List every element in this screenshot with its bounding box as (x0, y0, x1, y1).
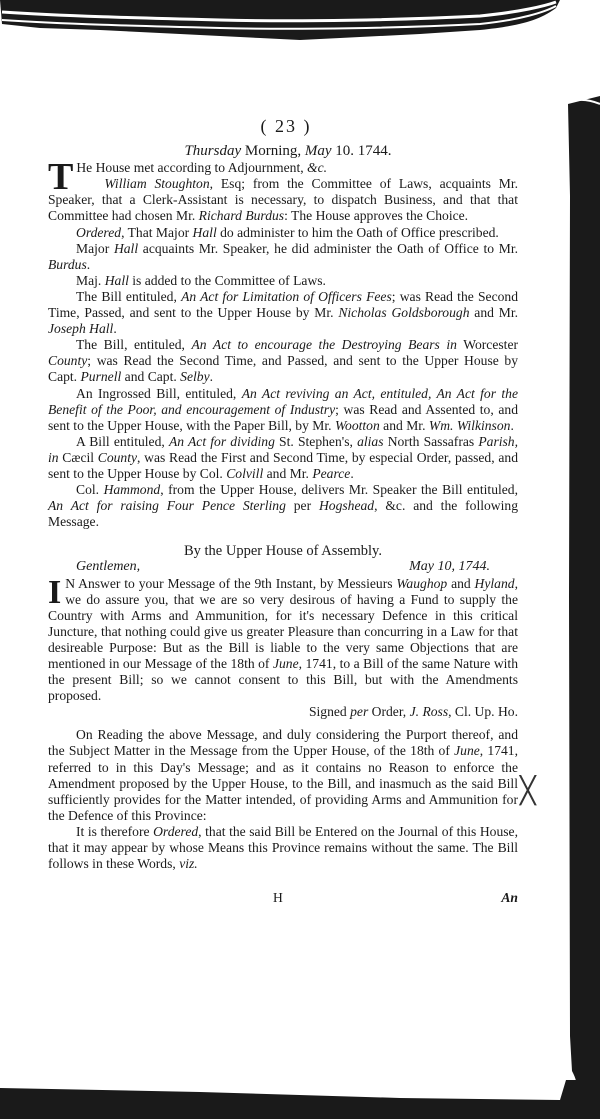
paragraph-text: . (87, 257, 90, 272)
person-name: Hammond (104, 482, 161, 497)
bill-title: An Act for dividing (169, 434, 275, 449)
person-name: Nicholas Goldsborough (338, 305, 469, 320)
scan-edge-top (0, 0, 560, 42)
heading-month: May (305, 143, 332, 159)
page-number: ( 23 ) (54, 118, 518, 134)
per-text: per (350, 704, 368, 719)
person-name: Hall (105, 273, 129, 288)
scan-edge-right (566, 96, 600, 1119)
paragraph-text: Major (76, 241, 114, 256)
etc-text: &c. (307, 160, 327, 175)
paragraph-committee-addition: Maj. Hall is added to the Committee of L… (48, 273, 518, 289)
page-footer: H An (48, 890, 518, 906)
signer-title: , Cl. Up. Ho. (448, 704, 518, 719)
order-text: Order, (368, 704, 409, 719)
paragraph-text: and Mr. (380, 418, 429, 433)
paragraph-text: : The House approves the Choice. (284, 208, 468, 223)
catchword: An (501, 890, 518, 906)
bill-title: An Act for raising Four Pence Sterling (48, 498, 286, 513)
message-text: and (447, 576, 474, 591)
scan-edge-bottom (0, 1080, 600, 1119)
bill-title: County (98, 450, 137, 465)
paragraph-text: and Mr. (263, 466, 312, 481)
paragraph-text: and Mr. (470, 305, 519, 320)
journal-page: ( 23 ) Thursday Morning, May 10. 1744. T… (48, 118, 518, 906)
paragraph-text: . (510, 418, 513, 433)
person-name: Waughop (396, 576, 447, 591)
message-date: May 10, 1744. (409, 559, 490, 575)
upper-house-message: IN Answer to your Message of the 9th Ins… (48, 576, 518, 705)
viz-text: viz. (179, 856, 198, 871)
paragraph-text: On Reading the above Message, and duly c… (48, 727, 518, 758)
paragraph-hogshead-bill: Col. Hammond, from the Upper House, deli… (48, 482, 518, 530)
paragraph-text: St. Stephen's, (275, 434, 357, 449)
paragraph-bears-bill: The Bill, entituled, An Act to encourage… (48, 337, 518, 385)
person-name: Wootton (335, 418, 380, 433)
salutation: Gentlemen, (76, 559, 140, 575)
paragraph-text: Worcester (457, 337, 518, 352)
person-name: Burdus (48, 257, 87, 272)
message-text: N Answer to your Message of the 9th Inst… (65, 576, 396, 591)
person-name: Pearce (312, 466, 350, 481)
margin-cross-mark: ╳ (520, 776, 536, 806)
paragraph-clerk-assistant: William Stoughton, Esq; from the Committ… (48, 176, 518, 224)
paragraph-text: per (286, 498, 319, 513)
heading-day: Thursday (184, 143, 241, 159)
paragraph-text: . (350, 466, 353, 481)
paragraph-text: North Sassafras (384, 434, 479, 449)
ordered-text: Ordered (76, 225, 121, 240)
paragraph-text: , That Major (121, 225, 192, 240)
drop-cap: T (48, 162, 73, 192)
bill-title: An Act to encourage the Destroying Bears… (192, 337, 457, 352)
person-name: Joseph Hall (48, 321, 113, 336)
paragraph-text: The Bill, entituled, (76, 337, 192, 352)
bill-title: Hogshead (319, 498, 374, 513)
month-text: June (454, 743, 480, 758)
message-header: By the Upper House of Assembly. (48, 543, 518, 559)
bill-title: An Act for Limitation of Officers Fees (181, 289, 392, 304)
paragraph-text: He House met according to Adjournment, (76, 160, 307, 175)
person-name: Colvill (226, 466, 263, 481)
person-name: William Stoughton (104, 176, 209, 191)
paragraph-poor-relief-bill: An Ingrossed Bill, entituled, An Act rev… (48, 386, 518, 434)
paragraph-text: acquaints Mr. Speaker, he did administer… (138, 241, 518, 256)
session-heading: Thursday Morning, May 10. 1744. (58, 143, 518, 159)
heading-date: 10. 1744. (332, 143, 392, 159)
paragraph-officers-fees-bill: The Bill entituled, An Act for Limitatio… (48, 289, 518, 337)
paragraph-text: Cæcil (59, 450, 98, 465)
paragraph-oath-ordered: Ordered, That Major Hall do administer t… (48, 225, 518, 241)
person-name: Hall (114, 241, 138, 256)
paragraph-ordered-entry: It is therefore Ordered, that the said B… (48, 824, 518, 872)
paragraph-text: . (210, 369, 213, 384)
paragraph-text: A Bill entituled, (76, 434, 169, 449)
person-name: Wm. Wilkinson (429, 418, 511, 433)
signed-text: Signed (309, 704, 350, 719)
person-name: Richard Burdus (199, 208, 284, 223)
paragraph-oath-administered: Major Hall acquaints Mr. Speaker, he did… (48, 241, 518, 273)
paragraph-text: is added to the Committee of Laws. (129, 273, 326, 288)
person-name: Hall (193, 225, 217, 240)
signature-mark: H (273, 890, 283, 906)
message-salutation-line: Gentlemen, May 10, 1744. (48, 559, 518, 575)
paragraph-text: An Ingrossed Bill, entituled, (76, 386, 242, 401)
paragraph-text: Maj. (76, 273, 105, 288)
paragraph-text: It is therefore (76, 824, 153, 839)
person-name: Hyland (475, 576, 515, 591)
paragraph-parish-bill: A Bill entituled, An Act for dividing St… (48, 434, 518, 482)
paragraph-text: . (113, 321, 116, 336)
person-name: Purnell (80, 369, 121, 384)
paragraph-text: and Capt. (121, 369, 180, 384)
signer-name: J. Ross (410, 704, 449, 719)
paragraph-text: The Bill entituled, (76, 289, 181, 304)
ordered-text: Ordered (153, 824, 198, 839)
heading-text: Morning, (241, 143, 305, 159)
bill-title: County (48, 353, 87, 368)
drop-cap: I (48, 578, 61, 608)
paragraph-text: Col. (76, 482, 104, 497)
message-signature: Signed per Order, J. Ross, Cl. Up. Ho. (48, 704, 518, 720)
person-name: Selby (180, 369, 209, 384)
paragraph-reading-message: On Reading the above Message, and duly c… (48, 727, 518, 824)
paragraph-text: do administer to him the Oath of Office … (217, 225, 499, 240)
bill-title: alias (357, 434, 383, 449)
paragraph-adjournment: THe House met according to Adjournment, … (48, 160, 518, 176)
month-text: June (273, 656, 299, 671)
paragraph-text: , from the Upper House, delivers Mr. Spe… (160, 482, 518, 497)
